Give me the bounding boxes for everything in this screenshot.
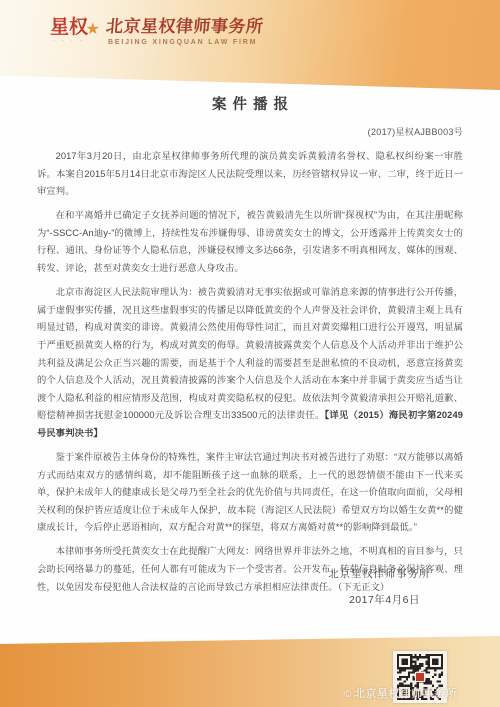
- copyright-icon: ©: [344, 689, 352, 700]
- signature-date: 2017年4月6日: [349, 592, 420, 607]
- case-report-document: 星权 ★ · · · · 北京星权律师事务所 BEIJING XINGQUAN …: [0, 0, 500, 707]
- paragraph-1: 2017年3月20日，由北京星权律师事务所代理的演员黄奕诉黄毅清名誉权、隐私权纠…: [37, 148, 463, 201]
- firm-name-block: 北京星权律师事务所 BEIJING XINGQUAN LAW FIRM: [106, 16, 264, 46]
- paragraph-4: 鉴于案件原被告主体身份的特殊性，案件主审法官通过判决书对被告进行了劝慰：“双方能…: [37, 449, 463, 537]
- paragraph-3: 北京市海淀区人民法院审理认为：被告黄毅清对无事实依据或可靠消息来源的情事进行公开…: [37, 284, 463, 442]
- watermark-text: 北京星权律师事务所: [354, 688, 458, 700]
- paragraph-2: 在和平离婚并已确定子女抚养问题的情况下，被告黄毅清先生以所谓“探视权”为由，在其…: [37, 207, 463, 277]
- firm-logo-mark: 星权 ★ · · · ·: [44, 16, 94, 44]
- firm-name-chinese: 北京星权律师事务所: [105, 18, 264, 36]
- firm-logo: 星权 ★ · · · · 北京星权律师事务所 BEIJING XINGQUAN …: [44, 16, 264, 46]
- header-banner: 星权 ★ · · · · 北京星权律师事务所 BEIJING XINGQUAN …: [0, 0, 500, 90]
- page-title: 案件播报: [0, 93, 500, 114]
- firm-name-english: BEIJING XINGQUAN LAW FIRM: [108, 39, 264, 46]
- document-body: 2017年3月20日，由北京星权律师事务所代理的演员黄奕诉黄毅清名誉权、隐私权纠…: [37, 148, 463, 603]
- star-icon: ★: [86, 22, 100, 38]
- signature-firm-name: 北京星权律师事务所: [328, 566, 430, 581]
- logo-subtext: · · · ·: [44, 38, 94, 44]
- doc-number: (2017)星权AJBB003号: [368, 125, 463, 138]
- footer-watermark: ©北京星权律师事务所: [344, 685, 500, 701]
